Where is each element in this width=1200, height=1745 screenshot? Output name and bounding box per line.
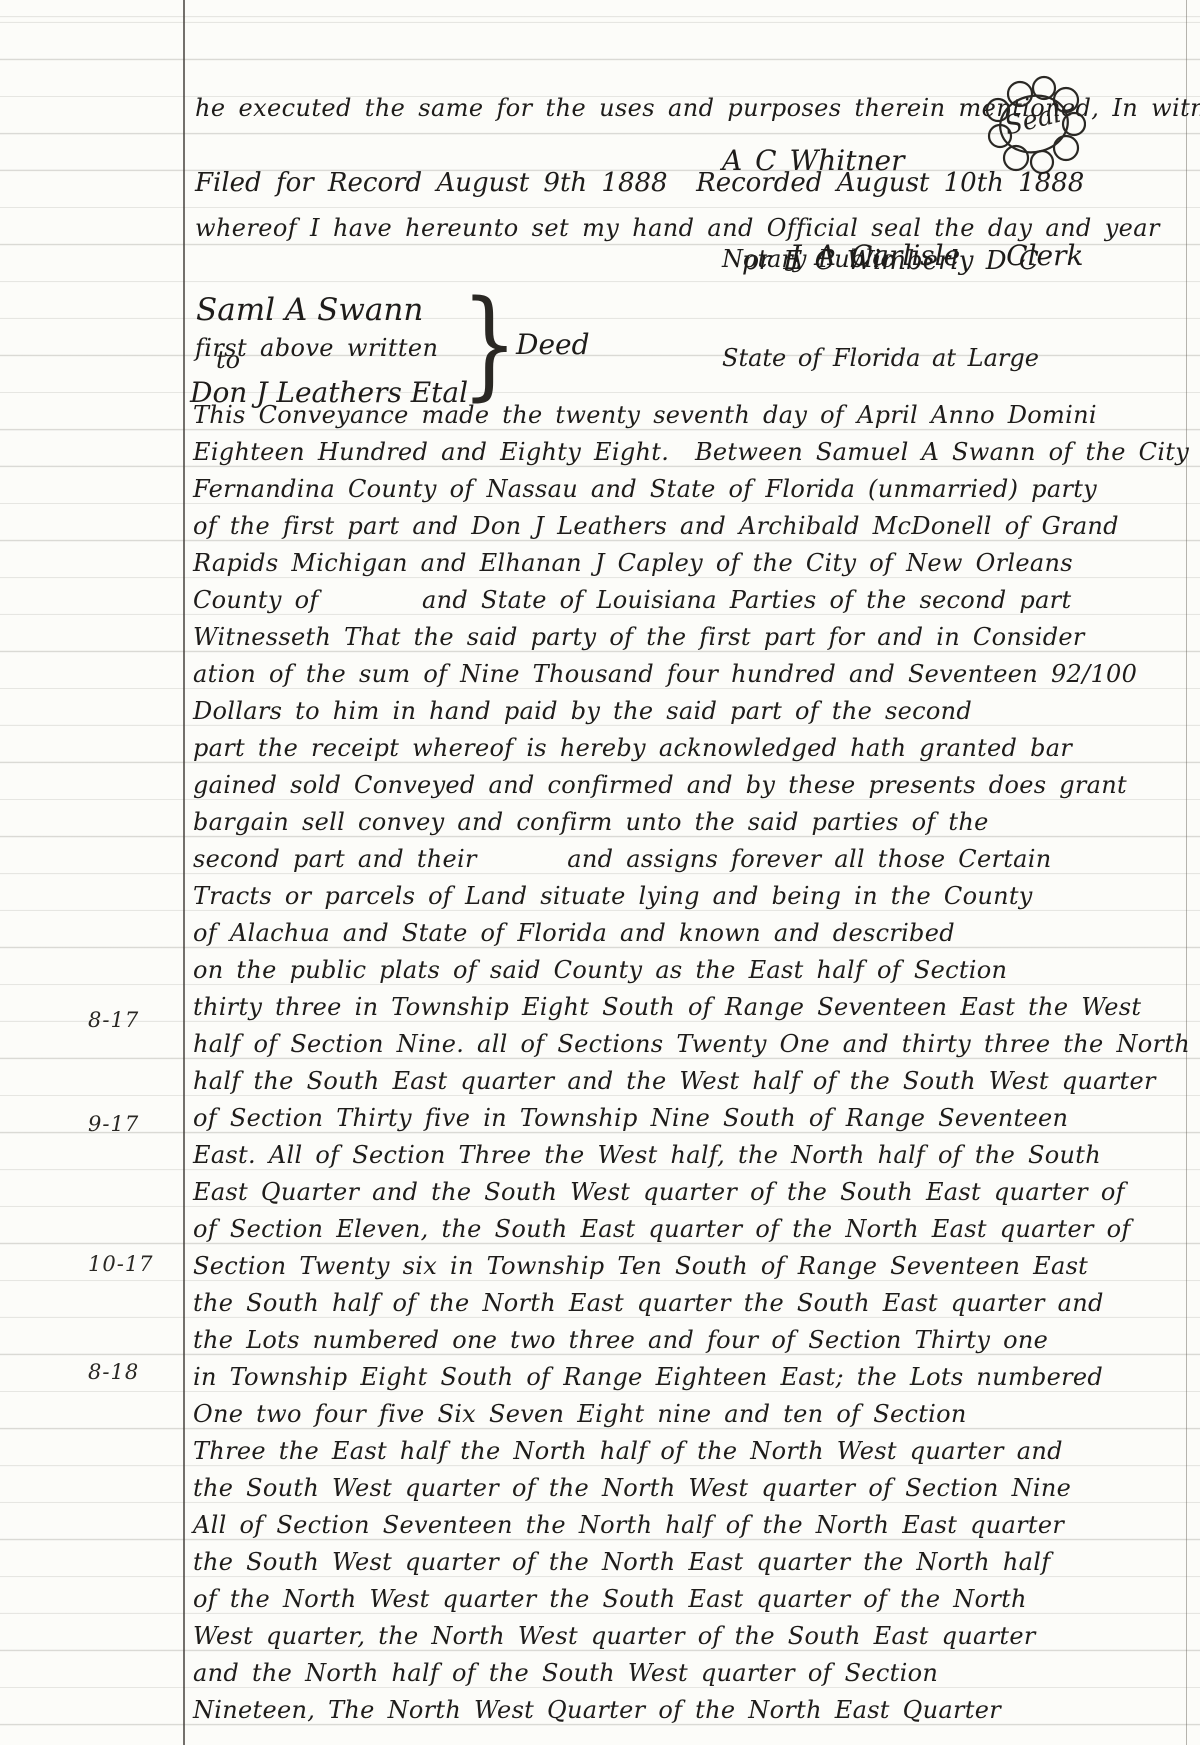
manuscript-line: half the South East quarter and the West… xyxy=(193,1064,1188,1101)
manuscript-line: Fernandina County of Nassau and State of… xyxy=(193,472,1188,509)
manuscript-line: the South West quarter of the North West… xyxy=(193,1471,1188,1508)
manuscript-line: Rapids Michigan and Elhanan J Capley of … xyxy=(193,546,1188,583)
deed-body: This Conveyance made the twenty seventh … xyxy=(193,398,1188,1730)
manuscript-line: Tracts or parcels of Land situate lying … xyxy=(193,879,1188,916)
manuscript-line: One two four five Six Seven Eight nine a… xyxy=(193,1397,1188,1434)
manuscript-line: ation of the sum of Nine Thousand four h… xyxy=(193,657,1188,694)
caption-grantor: Saml A Swann xyxy=(196,292,423,328)
caption-connector: to xyxy=(216,346,240,374)
margin-note-township-range: 8-18 xyxy=(88,1360,180,1384)
margin-note-township-range: 10-17 xyxy=(88,1252,180,1276)
manuscript-line: of the first part and Don J Leathers and… xyxy=(193,509,1188,546)
filing-record-line: Filed for Record August 9th 1888 Recorde… xyxy=(195,168,1084,198)
manuscript-line: the South half of the North East quarter… xyxy=(193,1286,1188,1323)
manuscript-line: and the North half of the South West qua… xyxy=(193,1656,1188,1693)
manuscript-line: East Quarter and the South West quarter … xyxy=(193,1175,1188,1212)
manuscript-line: Three the East half the North half of th… xyxy=(193,1434,1188,1471)
manuscript-line: Dollars to him in hand paid by the said … xyxy=(193,694,1188,731)
margin-note-township-range: 9-17 xyxy=(88,1112,180,1136)
manuscript-line: Section Twenty six in Township Ten South… xyxy=(193,1249,1188,1286)
margin-note-township-range: 8-17 xyxy=(88,1008,180,1032)
manuscript-line: Eighteen Hundred and Eighty Eight. Betwe… xyxy=(193,435,1188,472)
manuscript-line: Witnesseth That the said party of the fi… xyxy=(193,620,1188,657)
manuscript-line: This Conveyance made the twenty seventh … xyxy=(193,398,1188,435)
manuscript-line: East. All of Section Three the West half… xyxy=(193,1138,1188,1175)
manuscript-line: of the North West quarter the South East… xyxy=(193,1582,1188,1619)
manuscript-line: Nineteen, The North West Quarter of the … xyxy=(193,1693,1188,1730)
notary-jurisdiction: State of Florida at Large xyxy=(722,342,1039,375)
manuscript-line: of Alachua and State of Florida and know… xyxy=(193,916,1188,953)
closing-line-3: first above written xyxy=(195,328,1200,368)
manuscript-line: All of Section Seventeen the North half … xyxy=(193,1508,1188,1545)
caption-instrument-type: Deed xyxy=(516,328,590,361)
left-margin-rule xyxy=(183,0,185,1745)
manuscript-line: second part and their and assigns foreve… xyxy=(193,842,1188,879)
manuscript-line: West quarter, the North West quarter of … xyxy=(193,1619,1188,1656)
manuscript-line: the South West quarter of the North East… xyxy=(193,1545,1188,1582)
caption-brace: } xyxy=(461,288,517,398)
manuscript-line: half of Section Nine. all of Sections Tw… xyxy=(193,1027,1188,1064)
manuscript-line: County of and State of Louisiana Parties… xyxy=(193,583,1188,620)
manuscript-line: in Township Eight South of Range Eightee… xyxy=(193,1360,1188,1397)
manuscript-line: of Section Eleven, the South East quarte… xyxy=(193,1212,1188,1249)
manuscript-line: part the receipt whereof is hereby ackno… xyxy=(193,731,1188,768)
manuscript-line: gained sold Conveyed and confirmed and b… xyxy=(193,768,1188,805)
manuscript-line: bargain sell convey and confirm unto the… xyxy=(193,805,1188,842)
manuscript-line: of Section Thirty five in Township Nine … xyxy=(193,1101,1188,1138)
notary-seal-icon: Seal xyxy=(982,72,1086,176)
deputy-clerk-signature: pr E C Wimberly D C xyxy=(742,246,1039,276)
manuscript-line: the Lots numbered one two three and four… xyxy=(193,1323,1188,1360)
manuscript-line: on the public plats of said County as th… xyxy=(193,953,1188,990)
manuscript-line: thirty three in Township Eight South of … xyxy=(193,990,1188,1027)
deed-record-page: he executed the same for the uses and pu… xyxy=(0,0,1200,1745)
